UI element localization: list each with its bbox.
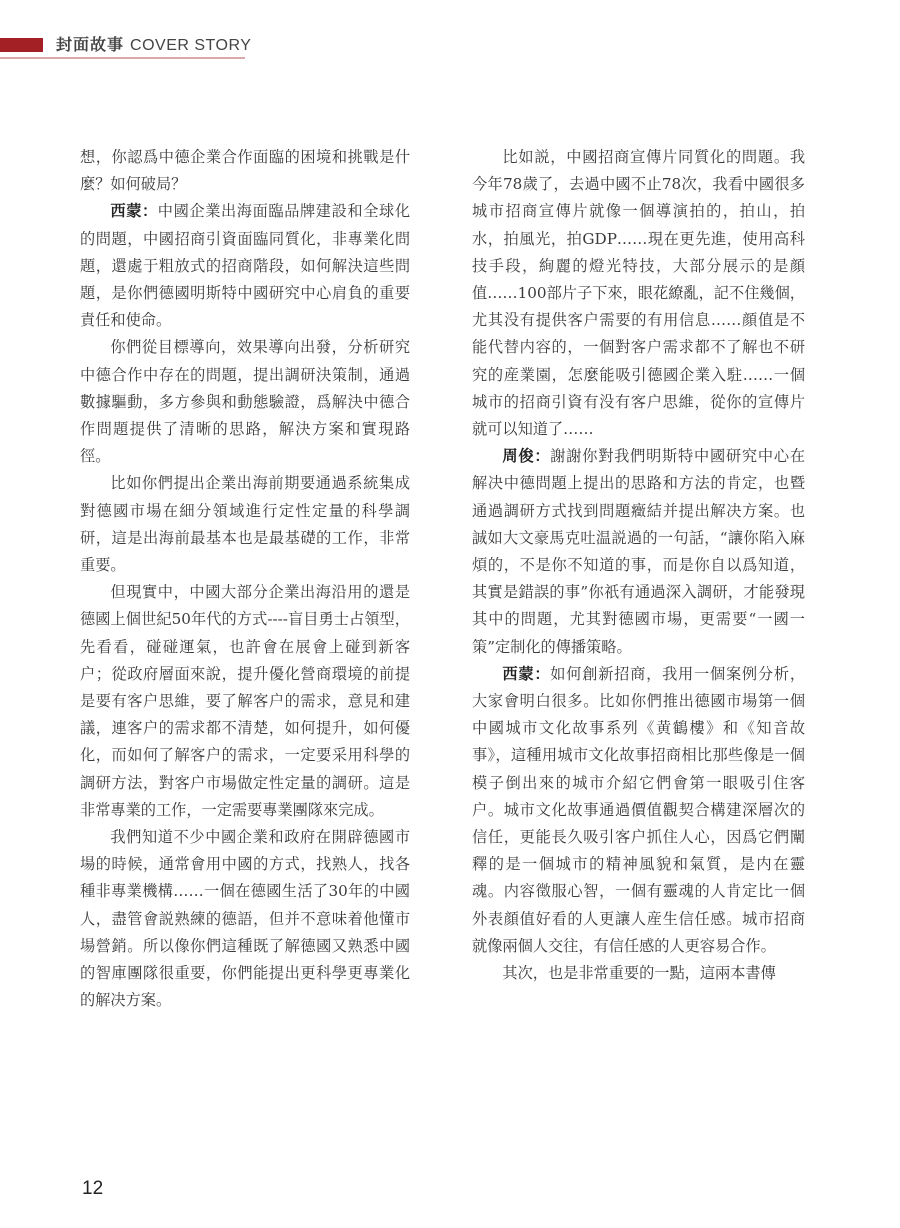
- paragraph: 但現實中，中國大部分企業出海沿用的還是德國上個世紀50年代的方式----盲目勇士…: [80, 579, 410, 824]
- speaker-label: 西蒙：: [110, 202, 157, 220]
- paragraph-text: 其次，也是非常重要的一點，這兩本書傳: [502, 964, 775, 982]
- section-title: 封面故事COVER STORY: [56, 35, 251, 56]
- paragraph: 西蒙：如何創新招商，我用一個案例分析，大家會明白很多。比如你們推出德國市場第一個…: [472, 661, 805, 960]
- page-number: 12: [82, 1178, 103, 1200]
- paragraph-text: 你們從目標導向，效果導向出發，分析研究中德合作中存在的問題，提出調研決策制，通過…: [80, 338, 410, 465]
- paragraph-text: 想，你認爲中德企業合作面臨的困境和挑戰是什麼？如何破局？: [80, 148, 410, 193]
- left-column: 想，你認爲中德企業合作面臨的困境和挑戰是什麼？如何破局？ 西蒙：中國企業出海面臨…: [80, 144, 410, 1015]
- paragraph-text: 比如説，中國招商宣傳片同質化的問題。我今年78歲了，去過中國不止78次，我看中國…: [472, 148, 805, 438]
- paragraph-text: 中國企業出海面臨品牌建設和全球化的問題，中國招商引資面臨同質化，非專業化問題，還…: [80, 202, 410, 329]
- paragraph: 想，你認爲中德企業合作面臨的困境和挑戰是什麼？如何破局？: [80, 144, 410, 198]
- paragraph: 其次，也是非常重要的一點，這兩本書傳: [472, 960, 805, 987]
- paragraph-text: 但現實中，中國大部分企業出海沿用的還是德國上個世紀50年代的方式----盲目勇士…: [80, 583, 410, 819]
- paragraph-text: 謝謝你對我們明斯特中國研究中心在解决中德問題上提出的思路和方法的肯定，也暨通過調…: [472, 447, 805, 655]
- paragraph: 比如你們提出企業出海前期要通過系統集成對德國市場在細分領域進行定性定量的科學調研…: [80, 470, 410, 579]
- paragraph: 比如説，中國招商宣傳片同質化的問題。我今年78歲了，去過中國不止78次，我看中國…: [472, 144, 805, 443]
- paragraph: 我們知道不少中國企業和政府在開辟德國市場的時候，通常會用中國的方式，找熟人，找各…: [80, 824, 410, 1014]
- paragraph: 周俊：謝謝你對我們明斯特中國研究中心在解决中德問題上提出的思路和方法的肯定，也暨…: [472, 443, 805, 661]
- section-title-en: COVER STORY: [130, 37, 251, 54]
- paragraph-text: 如何創新招商，我用一個案例分析，大家會明白很多。比如你們推出德國市場第一個中國城…: [472, 665, 805, 955]
- speaker-label: 周俊：: [502, 447, 550, 465]
- right-column: 比如説，中國招商宣傳片同質化的問題。我今年78歲了，去過中國不止78次，我看中國…: [472, 144, 805, 987]
- section-title-zh: 封面故事: [56, 35, 124, 54]
- section-header: 封面故事COVER STORY: [0, 36, 260, 62]
- paragraph: 你們從目標導向，效果導向出發，分析研究中德合作中存在的問題，提出調研決策制，通過…: [80, 334, 410, 470]
- paragraph-text: 我們知道不少中國企業和政府在開辟德國市場的時候，通常會用中國的方式，找熟人，找各…: [80, 828, 410, 1009]
- section-accent-bar: [0, 38, 43, 52]
- header-underline: [0, 57, 245, 59]
- paragraph-text: 比如你們提出企業出海前期要通過系統集成對德國市場在細分領域進行定性定量的科學調研…: [80, 474, 410, 574]
- paragraph: 西蒙：中國企業出海面臨品牌建設和全球化的問題，中國招商引資面臨同質化，非專業化問…: [80, 198, 410, 334]
- speaker-label: 西蒙：: [502, 665, 550, 683]
